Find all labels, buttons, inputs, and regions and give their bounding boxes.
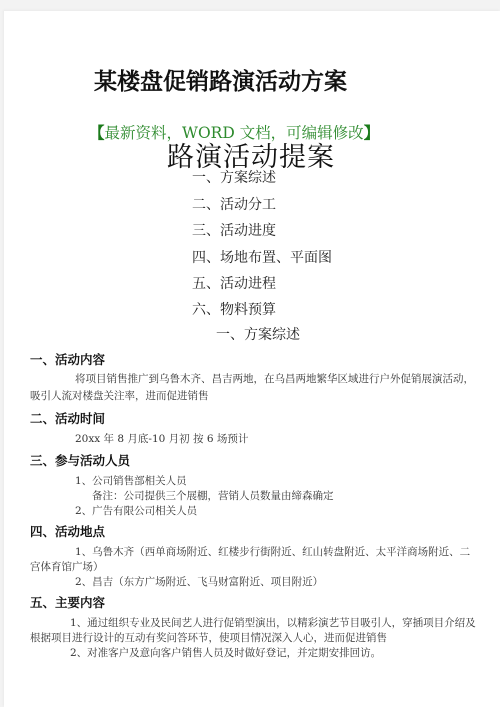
toc-item: 五、活动进程 (192, 273, 276, 293)
section-heading: 一、方案综述 (216, 324, 300, 344)
section-1-line: 吸引人流对楼盘关注率，进而促进销售 (30, 388, 209, 403)
section-4-line: 1、乌鲁木齐（西单商场附近、红楼步行街附近、红山转盘附近、太平洋商场附近、二 (75, 544, 470, 559)
section-1-line: 将项目销售推广到乌鲁木齐、昌吉两地，在乌昌两地繁华区域进行户外促销展演活动， (75, 371, 474, 386)
toc-item: 六、物料预算 (192, 299, 276, 319)
section-4-heading: 四、活动地点 (30, 522, 105, 540)
cover-title: 路演活动提案 (167, 135, 335, 174)
section-4-line: 宫体育馆广场） (30, 559, 104, 574)
document-title: 某楼盘促销路演活动方案 (94, 63, 347, 96)
watermark-open-bracket: 【 (89, 123, 105, 142)
section-5-line: 1、通过组织专业及民间艺人进行促销型演出，以精彩演艺节目吸引人，穿插项目介绍及 (70, 615, 476, 630)
section-5-heading: 五、主要内容 (30, 593, 105, 611)
section-5-line: 2、对准客户及意向客户销售人员及时做好登记，并定期安排回访。 (70, 645, 381, 660)
section-3-line: 2、广告有限公司相关人员 (75, 503, 197, 518)
section-3-line: 1、公司销售部相关人员 (75, 473, 187, 488)
toc-item: 三、活动进度 (192, 220, 276, 240)
section-3-heading: 三、参与活动人员 (30, 451, 130, 469)
section-2-heading: 二、活动时间 (30, 409, 105, 427)
watermark-close-bracket: 】 (364, 123, 380, 142)
toc-item: 四、场地布置、平面图 (192, 247, 332, 267)
section-5-line: 根据项目进行设计的互动有奖问答环节，使项目情况深入人心，进而促进销售 (30, 630, 387, 645)
section-1-heading: 一、活动内容 (30, 350, 105, 368)
document-page: 某楼盘促销路演活动方案 【最新资料，WORD 文档，可编辑修改】 路演活动提案 … (4, 11, 500, 707)
toc-item: 二、活动分工 (192, 194, 276, 214)
section-2-line: 20xx 年 8 月底-10 月初 按 6 场预计 (75, 431, 248, 446)
section-3-line: 备注：公司提供三个展棚，营销人员数量由缔森确定 (92, 488, 334, 503)
section-4-line: 2、昌吉（东方广场附近、飞马财富附近、项目附近） (75, 574, 323, 589)
